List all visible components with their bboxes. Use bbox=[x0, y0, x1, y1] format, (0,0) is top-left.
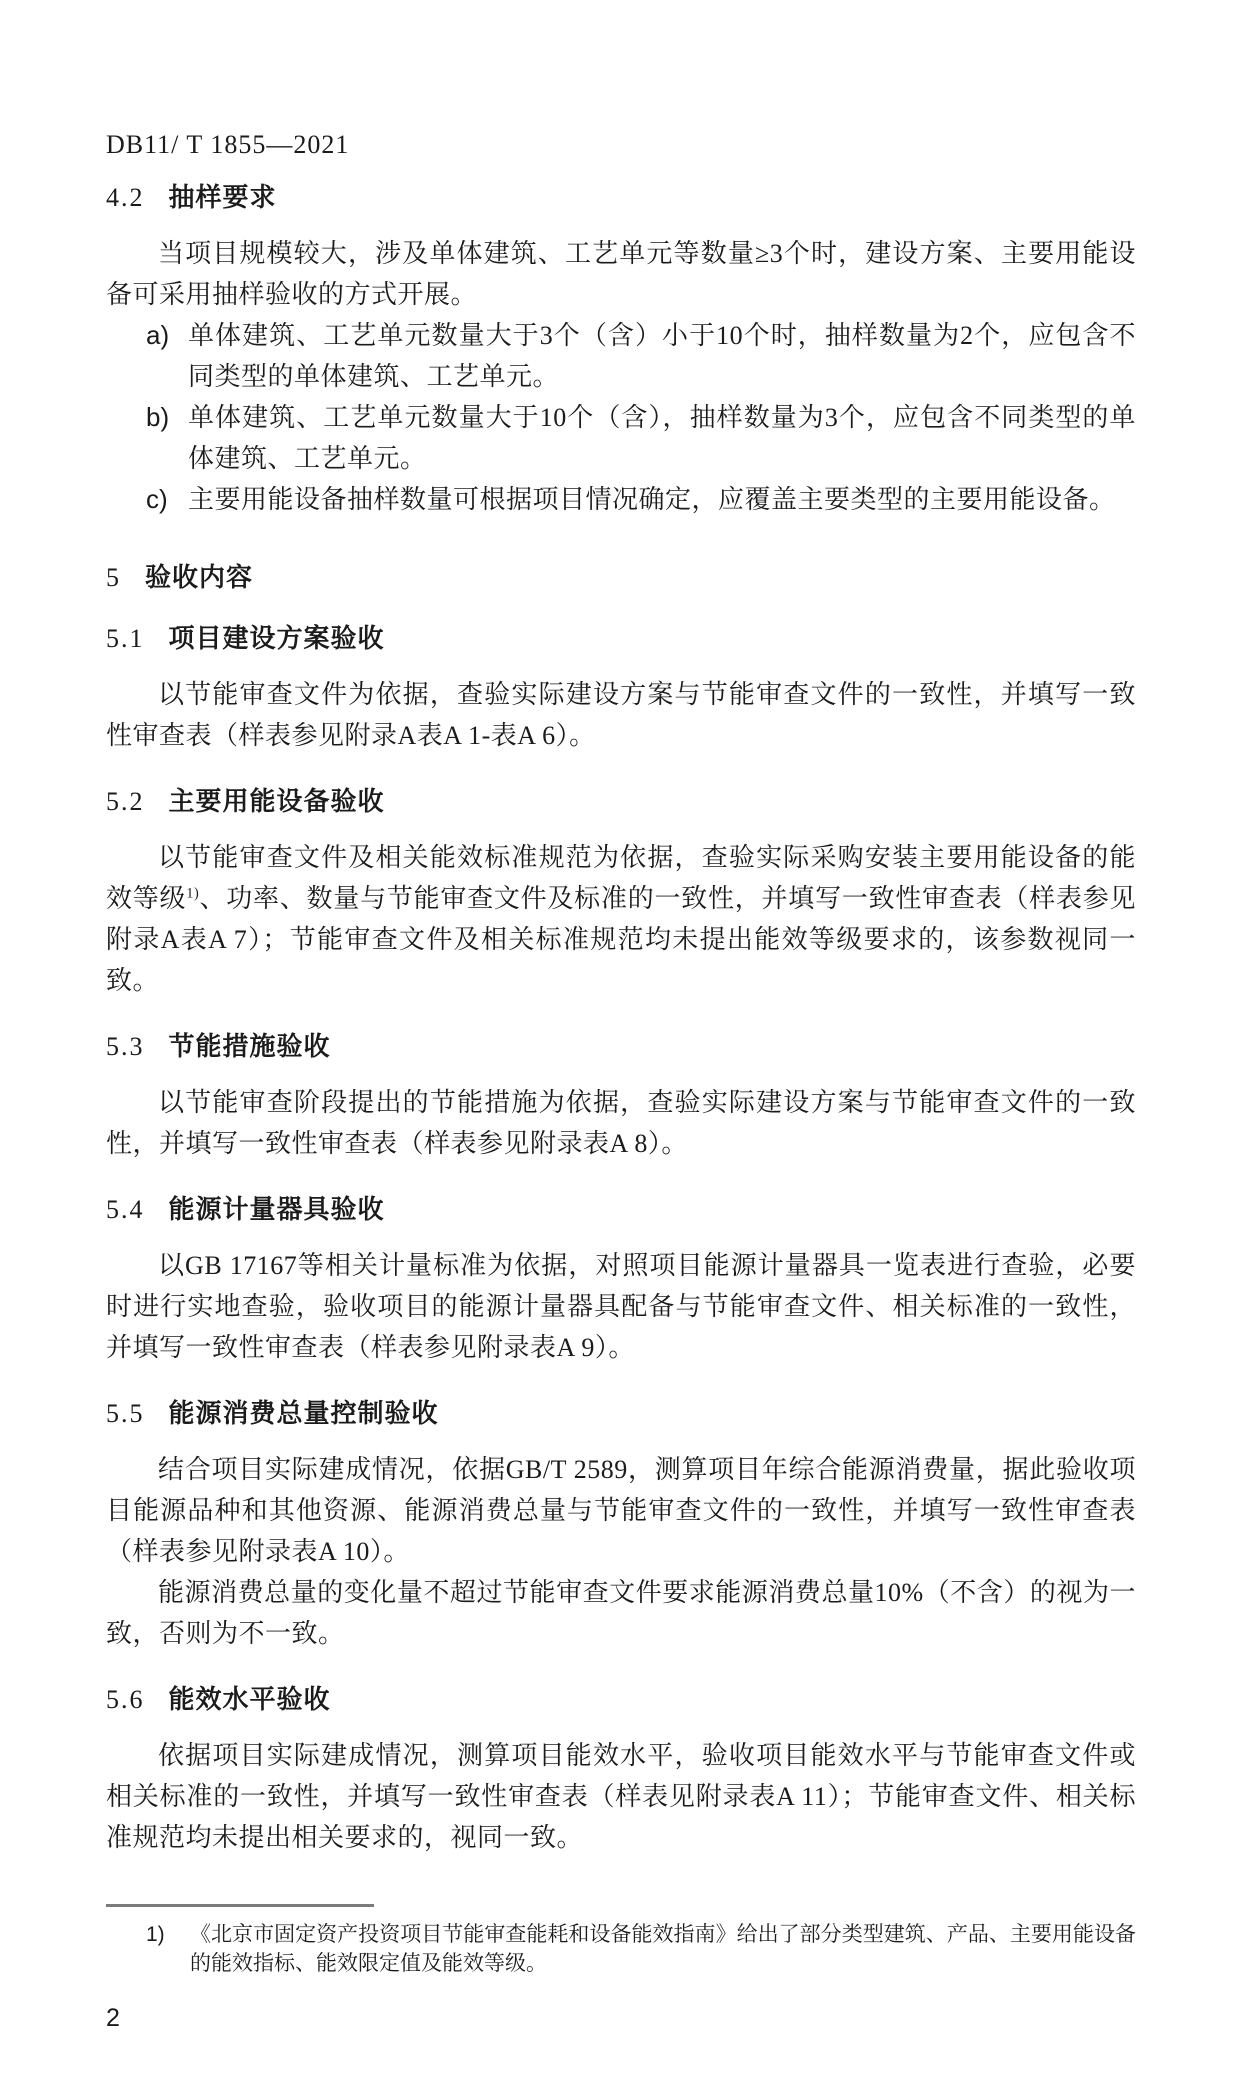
footnote-block: 1) 《北京市固定资产投资项目节能审查能耗和设备能效指南》给出了部分类型建筑、产… bbox=[106, 1904, 1136, 1978]
section-title: 项目建设方案验收 bbox=[169, 623, 385, 653]
page-number: 2 bbox=[106, 2004, 1136, 2033]
section-heading-5-1: 5.1 项目建设方案验收 bbox=[106, 623, 1136, 654]
paragraph: 以节能审查阶段提出的节能措施为依据，查验实际建设方案与节能审查文件的一致性，并填… bbox=[106, 1082, 1136, 1164]
section-number: 5.2 bbox=[106, 787, 145, 817]
section-heading-5-4: 5.4 能源计量器具验收 bbox=[106, 1194, 1136, 1225]
list-item: a) 单体建筑、工艺单元数量大于3个（含）小于10个时，抽样数量为2个，应包含不… bbox=[106, 315, 1136, 397]
section-number: 5 bbox=[106, 563, 121, 593]
section-title: 能源计量器具验收 bbox=[169, 1194, 385, 1224]
list-item-text: 主要用能设备抽样数量可根据项目情况确定，应覆盖主要类型的主要用能设备。 bbox=[188, 479, 1136, 520]
section-heading-4-2: 4.2 抽样要求 bbox=[106, 182, 1136, 213]
paragraph: 结合项目实际建成情况，依据GB/T 2589，测算项目年综合能源消费量，据此验收… bbox=[106, 1449, 1136, 1572]
section-title: 能效水平验收 bbox=[169, 1684, 331, 1714]
sampling-rule-list: a) 单体建筑、工艺单元数量大于3个（含）小于10个时，抽样数量为2个，应包含不… bbox=[106, 315, 1136, 520]
footnote-marker: 1) bbox=[146, 1920, 190, 1978]
paragraph: 以节能审查文件及相关能效标准规范为依据，查验实际采购安装主要用能设备的能效等级1… bbox=[106, 837, 1136, 1001]
section-number: 5.5 bbox=[106, 1399, 145, 1429]
list-marker: b) bbox=[146, 397, 188, 479]
footnote-reference: 1) bbox=[186, 885, 199, 901]
footnote-divider bbox=[106, 1904, 374, 1907]
section-heading-5-2: 5.2 主要用能设备验收 bbox=[106, 786, 1136, 817]
list-marker: c) bbox=[146, 479, 188, 520]
section-number: 5.4 bbox=[106, 1195, 145, 1225]
section-heading-5-3: 5.3 节能措施验收 bbox=[106, 1031, 1136, 1062]
paragraph: 以节能审查文件为依据，查验实际建设方案与节能审查文件的一致性，并填写一致性审查表… bbox=[106, 674, 1136, 756]
section-title: 能源消费总量控制验收 bbox=[169, 1398, 439, 1428]
section-number: 5.6 bbox=[106, 1685, 145, 1715]
section-number: 5.3 bbox=[106, 1032, 145, 1062]
list-marker: a) bbox=[146, 315, 188, 397]
standard-number-header: DB11/ T 1855—2021 bbox=[106, 130, 1136, 160]
section-title: 验收内容 bbox=[145, 562, 253, 592]
paragraph: 以GB 17167等相关计量标准为依据，对照项目能源计量器具一览表进行查验，必要… bbox=[106, 1245, 1136, 1368]
list-item-text: 单体建筑、工艺单元数量大于3个（含）小于10个时，抽样数量为2个，应包含不同类型… bbox=[188, 315, 1136, 397]
paragraph: 能源消费总量的变化量不超过节能审查文件要求能源消费总量10%（不含）的视为一致，… bbox=[106, 1572, 1136, 1654]
document-page: DB11/ T 1855—2021 4.2 抽样要求 当项目规模较大，涉及单体建… bbox=[0, 0, 1240, 2073]
section-number: 4.2 bbox=[106, 183, 145, 213]
paragraph-text: 、功率、数量与节能审查文件及标准的一致性，并填写一致性审查表（样表参见附录A表A… bbox=[106, 884, 1136, 995]
section-heading-5-5: 5.5 能源消费总量控制验收 bbox=[106, 1398, 1136, 1429]
section-title: 抽样要求 bbox=[169, 182, 277, 212]
list-item: b) 单体建筑、工艺单元数量大于10个（含），抽样数量为3个，应包含不同类型的单… bbox=[106, 397, 1136, 479]
footnote: 1) 《北京市固定资产投资项目节能审查能耗和设备能效指南》给出了部分类型建筑、产… bbox=[106, 1920, 1136, 1978]
section-heading-5: 5 验收内容 bbox=[106, 562, 1136, 593]
list-item-text: 单体建筑、工艺单元数量大于10个（含），抽样数量为3个，应包含不同类型的单体建筑… bbox=[188, 397, 1136, 479]
list-item: c) 主要用能设备抽样数量可根据项目情况确定，应覆盖主要类型的主要用能设备。 bbox=[106, 479, 1136, 520]
footnote-text: 《北京市固定资产投资项目节能审查能耗和设备能效指南》给出了部分类型建筑、产品、主… bbox=[190, 1920, 1136, 1978]
section-title: 主要用能设备验收 bbox=[169, 786, 385, 816]
section-number: 5.1 bbox=[106, 624, 145, 654]
paragraph: 依据项目实际建成情况，测算项目能效水平，验收项目能效水平与节能审查文件或相关标准… bbox=[106, 1735, 1136, 1858]
section-heading-5-6: 5.6 能效水平验收 bbox=[106, 1684, 1136, 1715]
paragraph: 当项目规模较大，涉及单体建筑、工艺单元等数量≥3个时，建设方案、主要用能设备可采… bbox=[106, 233, 1136, 315]
section-title: 节能措施验收 bbox=[169, 1031, 331, 1061]
